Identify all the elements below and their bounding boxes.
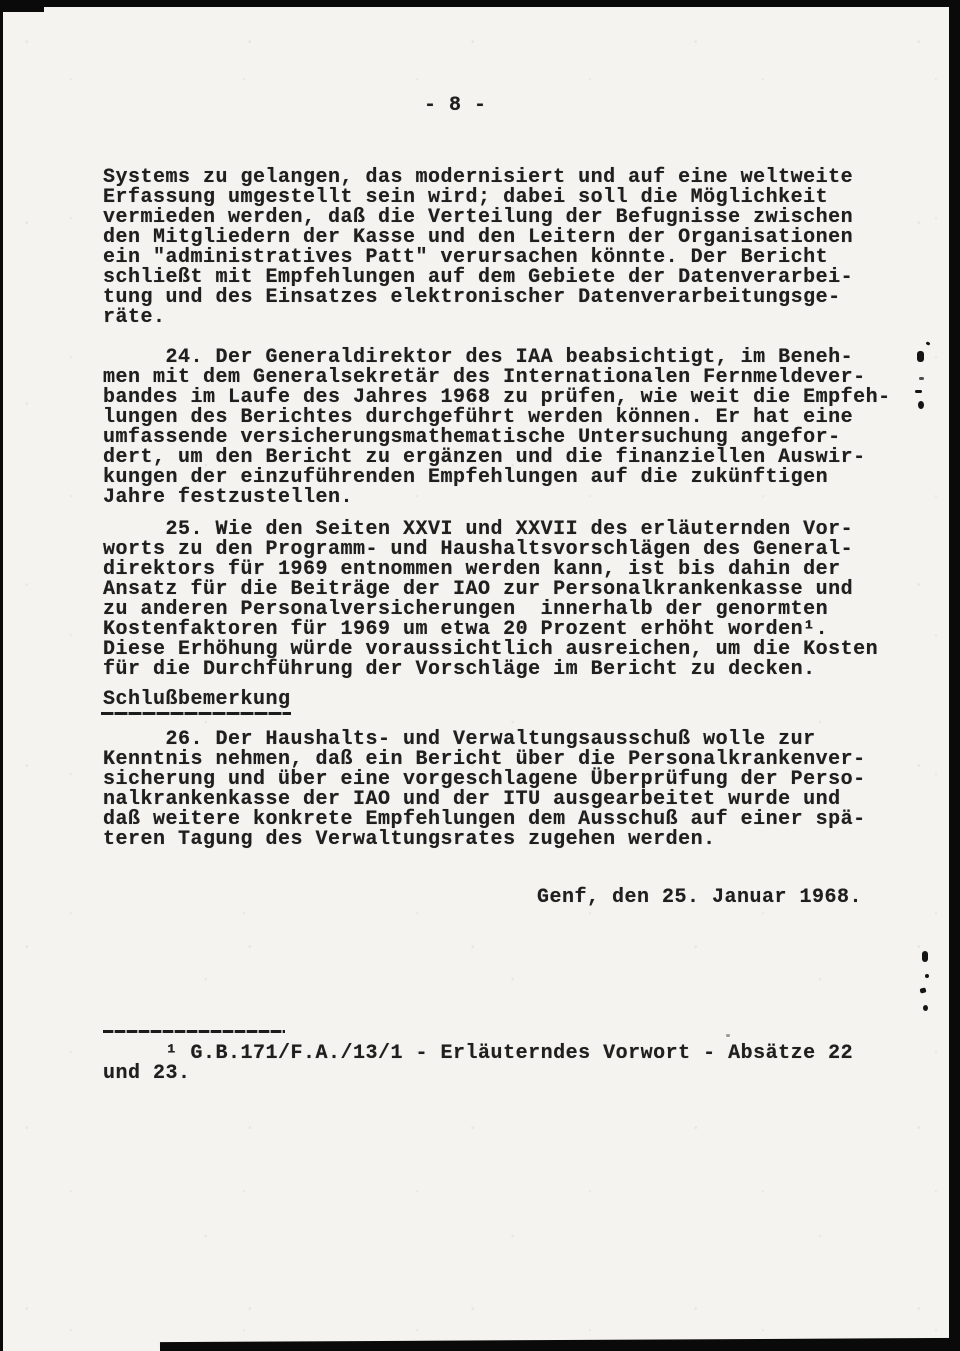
ink-speck: [926, 341, 931, 345]
paragraph-26: 26. Der Haushalts- und Verwaltungsaussch…: [103, 730, 866, 850]
ink-speck: [917, 351, 924, 362]
scan-edge-bottom: [160, 1338, 960, 1351]
scan-edge-right: [949, 0, 960, 1351]
ink-speck: [923, 1005, 928, 1011]
ink-speck: [918, 401, 924, 409]
footnote: ¹ G.B.171/F.A./13/1 - Erläuterndes Vorwo…: [103, 1044, 853, 1084]
ink-speck: [922, 951, 928, 962]
scan-edge-left: [0, 0, 3, 1351]
ink-speck: [919, 987, 926, 993]
ink-speck: [726, 1034, 730, 1037]
dateline: Genf, den 25. Januar 1968.: [537, 888, 862, 908]
ink-speck: [925, 974, 929, 978]
scan-edge-top: [0, 0, 960, 7]
scanned-document-page: - 8 - Systems zu gelangen, das modernisi…: [0, 0, 960, 1351]
heading-underline: [101, 712, 291, 715]
paragraph-continuation: Systems zu gelangen, das modernisiert un…: [103, 168, 853, 328]
ink-speck: [919, 377, 924, 380]
paragraph-24: 24. Der Generaldirektor des IAA beabsich…: [103, 348, 891, 508]
footnote-divider: [103, 1030, 285, 1033]
ink-speck: [915, 390, 922, 393]
section-heading-schlussbemerkung: Schlußbemerkung: [103, 690, 291, 710]
paragraph-25: 25. Wie den Seiten XXVI und XXVII des er…: [103, 520, 878, 680]
page-number: - 8 -: [424, 96, 487, 116]
scan-edge-top-left: [0, 0, 44, 12]
